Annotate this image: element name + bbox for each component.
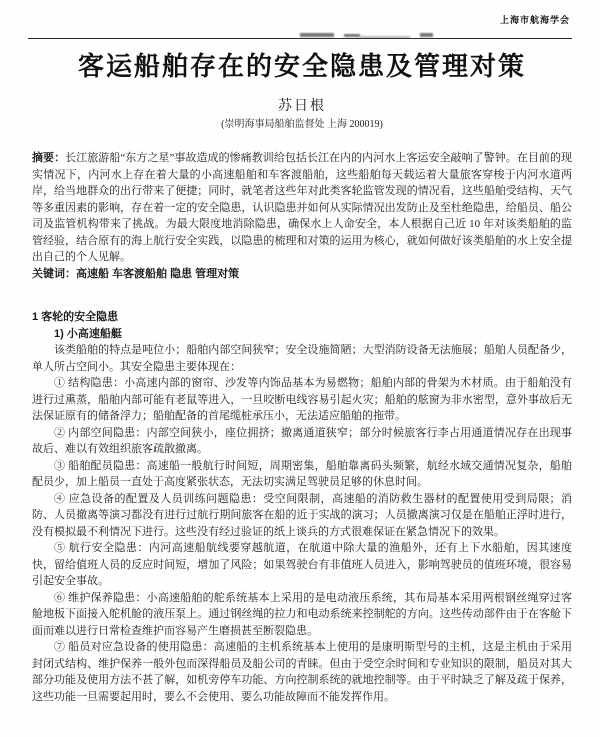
abstract-paragraph: 摘要：长江旅游船“东方之星”事故造成的惨痛教训给包括长江在内的内河水上客运安全敲…	[32, 150, 572, 266]
hazard-item-4: ④ 应急设备的配置及人员训练问题隐患：受空间限制，高速船的消防救生器材的配置使用…	[32, 491, 572, 541]
keywords-label: 关键词：	[32, 268, 76, 280]
hazard-item-3: ③ 船舶配员隐患：高速船一般航行时间短，周期密集，船舶靠离码头频繁，航经水域交通…	[32, 458, 572, 491]
hazard-item-6: ⑥ 维护保养隐患：小高速船舶的舵系统基本上采用的是电动液压系统，其布局基本采用两…	[32, 590, 572, 640]
document-content: 客运船舶存在的安全隐患及管理对策 苏日根 (崇明海事局船舶监督处 上海 2000…	[32, 0, 572, 705]
section-1-heading: 1 客轮的安全隐患	[32, 309, 572, 326]
scanned-document-page: 上海市航海学会 客运船舶存在的安全隐患及管理对策 苏日根 (崇明海事局船舶监督处…	[0, 0, 600, 737]
document-title: 客运船舶存在的安全隐患及管理对策	[32, 50, 572, 82]
hazard-item-1: ① 结构隐患：小高速内部的窗帘、沙发等内饰品基本为易燃物；船舶内部的骨架为木材质…	[32, 375, 572, 425]
hazard-item-2: ② 内部空间隐患：内部空间狭小，座位拥挤；撤离通道狭窄；部分时候旅客行李占用通道…	[32, 425, 572, 458]
author-affiliation: (崇明海事局船舶监督处 上海 200019)	[32, 118, 572, 131]
subsection-intro-paragraph: 该类船舶的特点是吨位小；船舶内部空间狭窄；安全设施简陋；大型消防设备无法施展；船…	[32, 342, 572, 375]
subsection-1-heading: 1) 小高速船艇	[32, 326, 572, 343]
abstract-label: 摘要：	[32, 152, 65, 164]
keywords-line: 关键词：高速船 车客渡船舶 隐患 管理对策	[32, 266, 572, 283]
abstract-text: 长江旅游船“东方之星”事故造成的惨痛教训给包括长江在内的内河水上客运安全敲响了警…	[32, 152, 572, 263]
keywords-text: 高速船 车客渡船舶 隐患 管理对策	[76, 268, 239, 280]
hazard-item-5: ⑤ 航行安全隐患：内河高速船航线要穿越航道，在航道中除大量的渔船外，还有上下水船…	[32, 540, 572, 590]
hazard-item-7: ⑦ 船员对应急设备的使用隐患：高速船的主机系统基本上使用的是康明斯型号的主机，这…	[32, 639, 572, 705]
author-name: 苏日根	[32, 98, 572, 115]
